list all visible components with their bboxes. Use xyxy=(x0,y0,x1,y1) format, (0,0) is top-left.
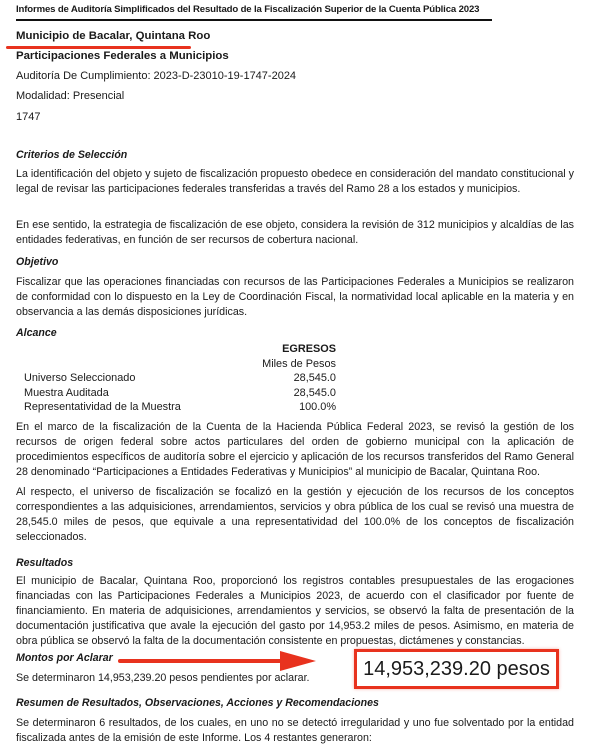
red-arrow-annotation xyxy=(118,650,318,672)
section-title-resumen: Resumen de Resultados, Observaciones, Ac… xyxy=(16,697,379,709)
resumen-paragraph: Se determinaron 6 resultados, de los cua… xyxy=(16,716,574,746)
audit-number: 1747 xyxy=(16,111,40,123)
scope-row-label: Representatividad de la Muestra xyxy=(24,400,236,415)
entity-name: Municipio de Bacalar, Quintana Roo xyxy=(16,30,210,42)
section-title-criterios: Criterios de Selección xyxy=(16,149,127,161)
audit-modality: Modalidad: Presencial xyxy=(16,90,124,102)
highlighted-amount-box: 14,953,239.20 pesos xyxy=(354,649,559,689)
running-header: Informes de Auditoría Simplificados del … xyxy=(16,4,479,15)
table-row: Muestra Auditada 28,545.0 xyxy=(24,386,336,401)
table-row: Universo Seleccionado 28,545.0 xyxy=(24,371,336,386)
scope-row-label: Muestra Auditada xyxy=(24,386,236,401)
scope-row-value: 28,545.0 xyxy=(236,371,336,386)
section-title-alcance: Alcance xyxy=(16,327,57,339)
section-title-objetivo: Objetivo xyxy=(16,256,58,268)
objetivo-paragraph: Fiscalizar que las operaciones financiad… xyxy=(16,275,574,320)
red-underline-annotation xyxy=(6,46,191,49)
header-rule xyxy=(16,19,492,21)
alcance-paragraph-2: Al respecto, el universo de fiscalizació… xyxy=(16,485,574,545)
montos-paragraph: Se determinaron 14,953,239.20 pesos pend… xyxy=(16,671,346,686)
scope-row-value: 28,545.0 xyxy=(236,386,336,401)
scope-row-label: Universo Seleccionado xyxy=(24,371,236,386)
scope-unit: Miles de Pesos xyxy=(236,357,336,372)
section-title-resultados: Resultados xyxy=(16,557,73,569)
criterios-paragraph-1: La identificación del objeto y sujeto de… xyxy=(16,167,574,197)
program-name: Participaciones Federales a Municipios xyxy=(16,50,229,62)
resultados-paragraph: El municipio de Bacalar, Quintana Roo, p… xyxy=(16,574,574,649)
audit-id: Auditoría De Cumplimiento: 2023-D-23010-… xyxy=(16,70,296,82)
scope-row-value: 100.0% xyxy=(236,400,336,415)
section-title-montos: Montos por Aclarar xyxy=(16,652,113,664)
table-row: Representatividad de la Muestra 100.0% xyxy=(24,400,336,415)
scope-column-header: EGRESOS xyxy=(236,342,336,357)
scope-table: EGRESOS Miles de Pesos Universo Seleccio… xyxy=(24,342,336,415)
alcance-paragraph-1: En el marco de la fiscalización de la Cu… xyxy=(16,420,574,480)
criterios-paragraph-2: En ese sentido, la estrategia de fiscali… xyxy=(16,218,574,248)
document-page: Informes de Auditoría Simplificados del … xyxy=(0,0,590,750)
